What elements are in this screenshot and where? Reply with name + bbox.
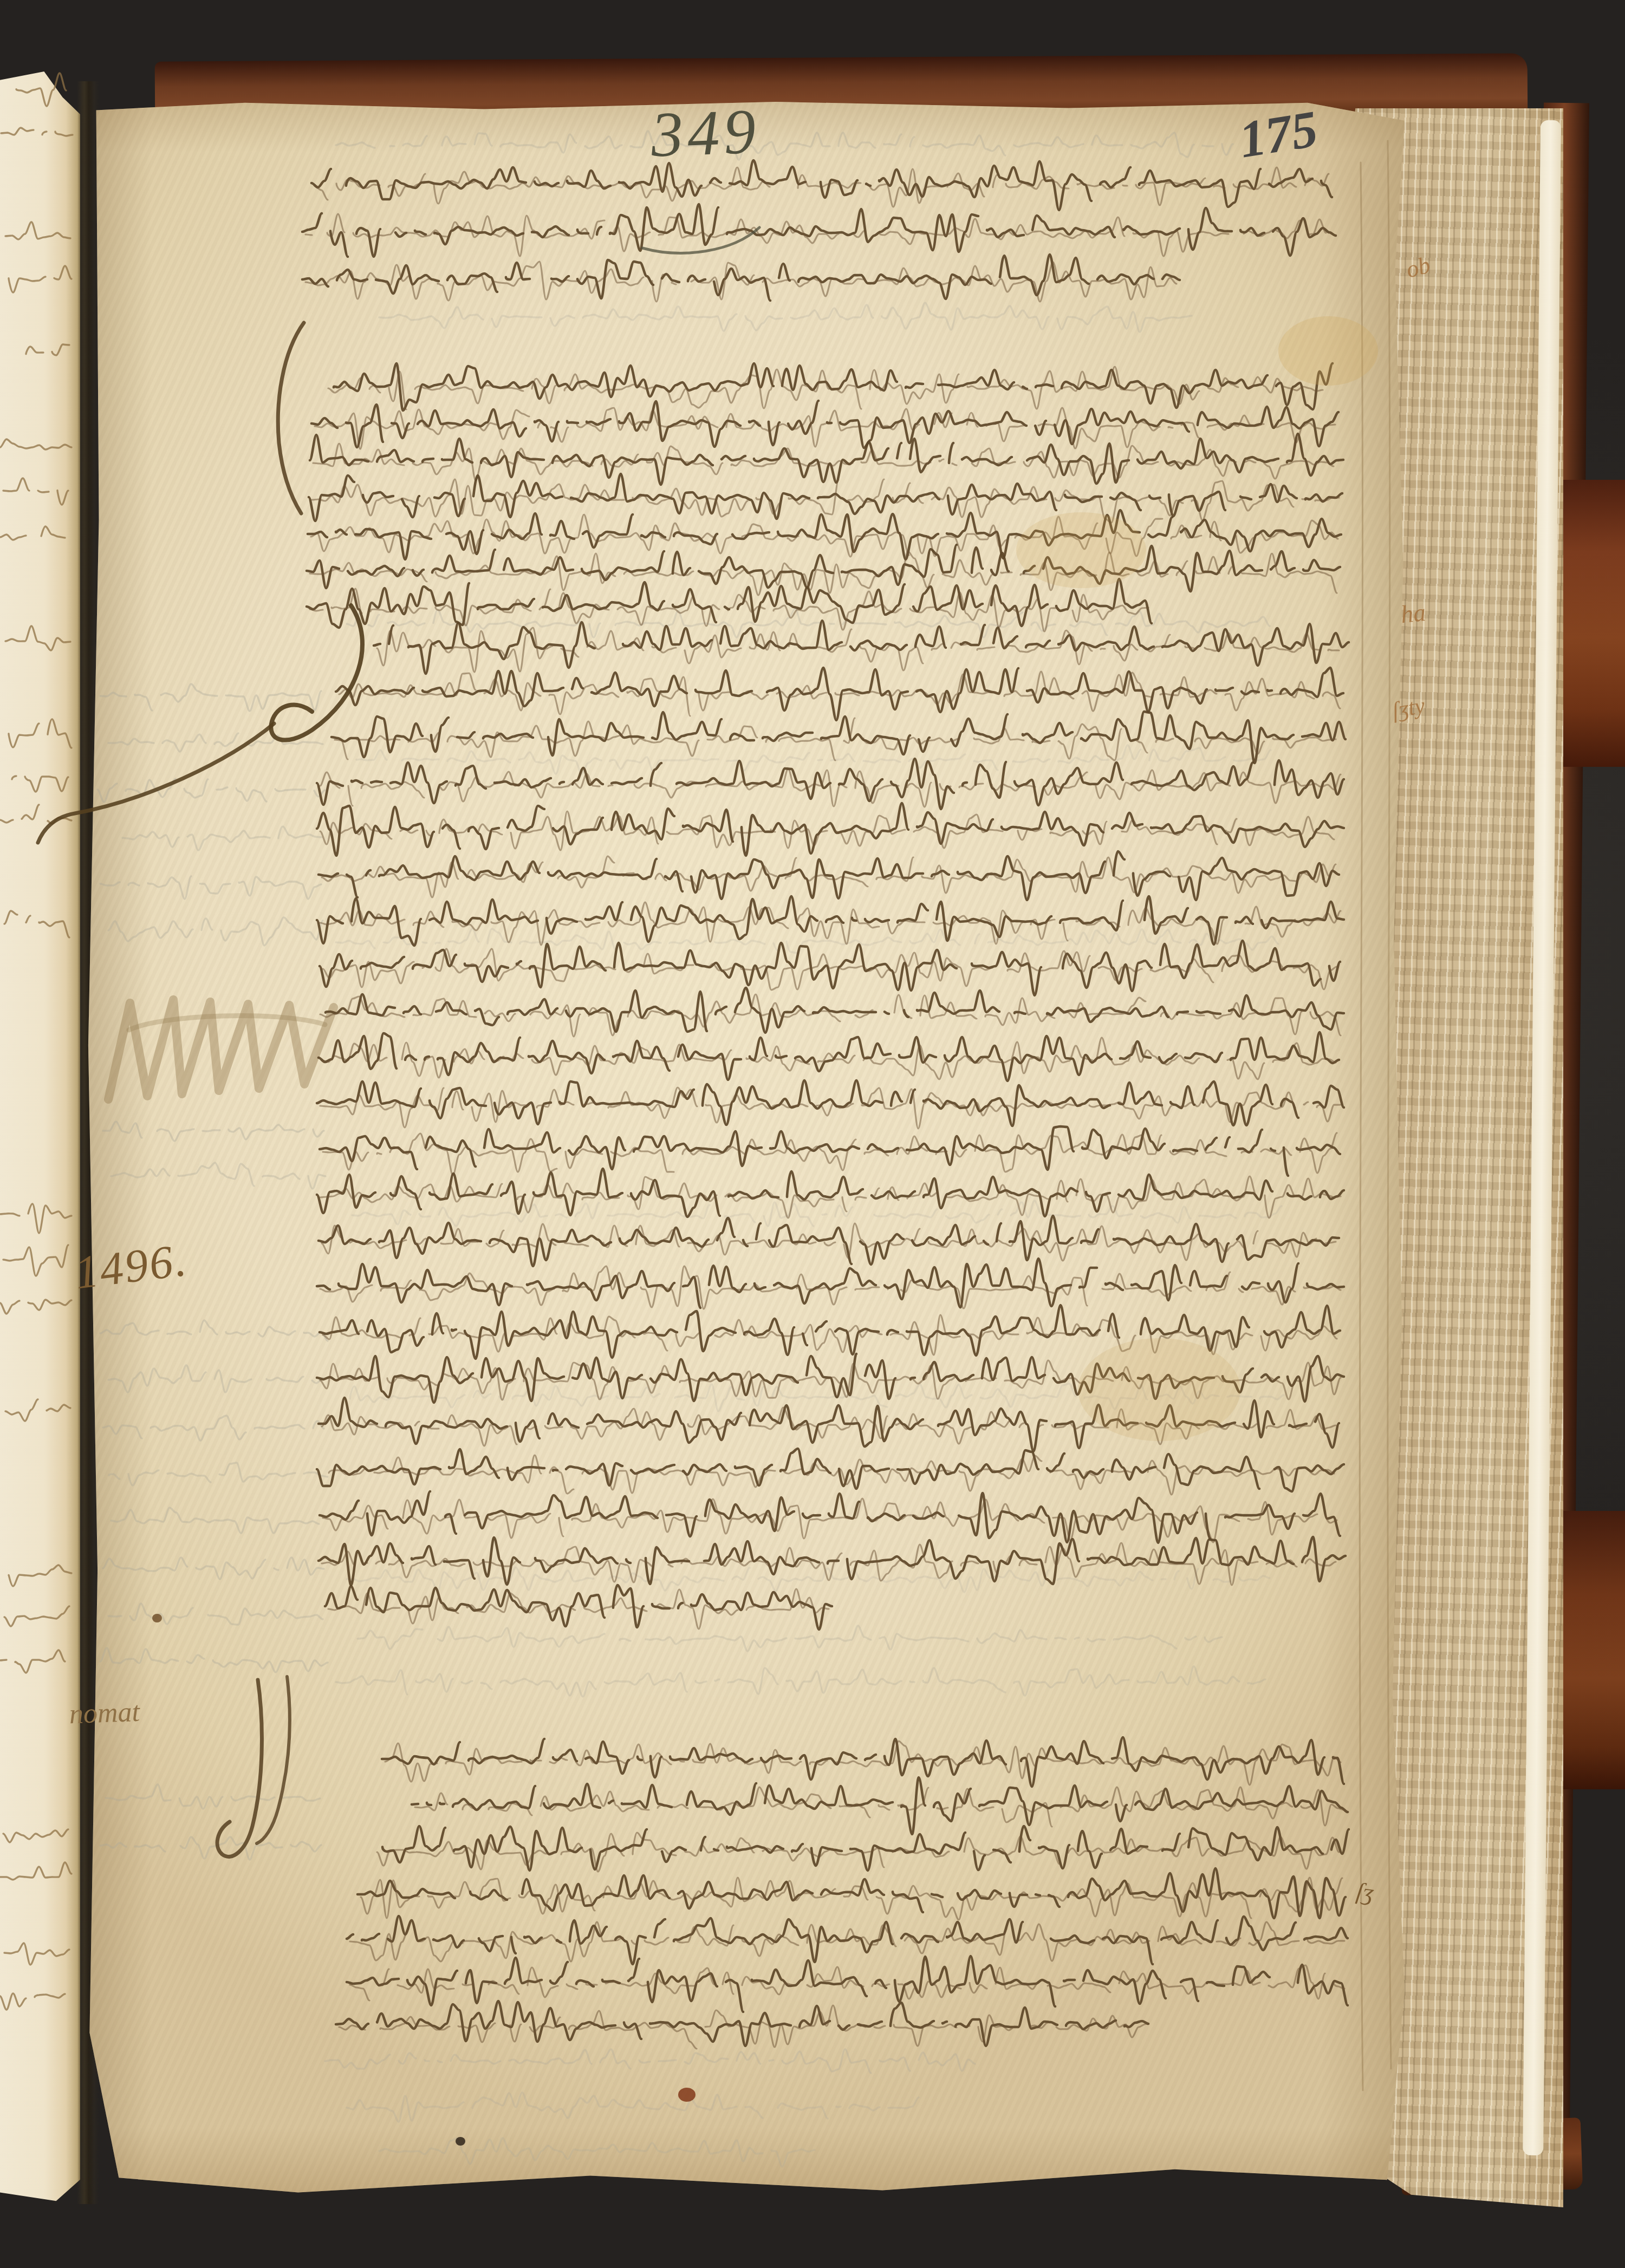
manuscript-page <box>86 100 1414 2201</box>
margin-word-note: nomat <box>69 1696 140 1731</box>
previous-leaf-sliver <box>0 71 80 2210</box>
folio-number-pencil: 175 <box>1235 98 1322 170</box>
margin-mark: ſʒ <box>1355 1877 1376 1907</box>
edge-text-fragment: ha <box>1399 598 1427 629</box>
page-number-ink: 349 <box>650 95 762 172</box>
manuscript-photo: 349 175 1496. nomat ſʒ obhaſʒty <box>0 0 1625 2268</box>
